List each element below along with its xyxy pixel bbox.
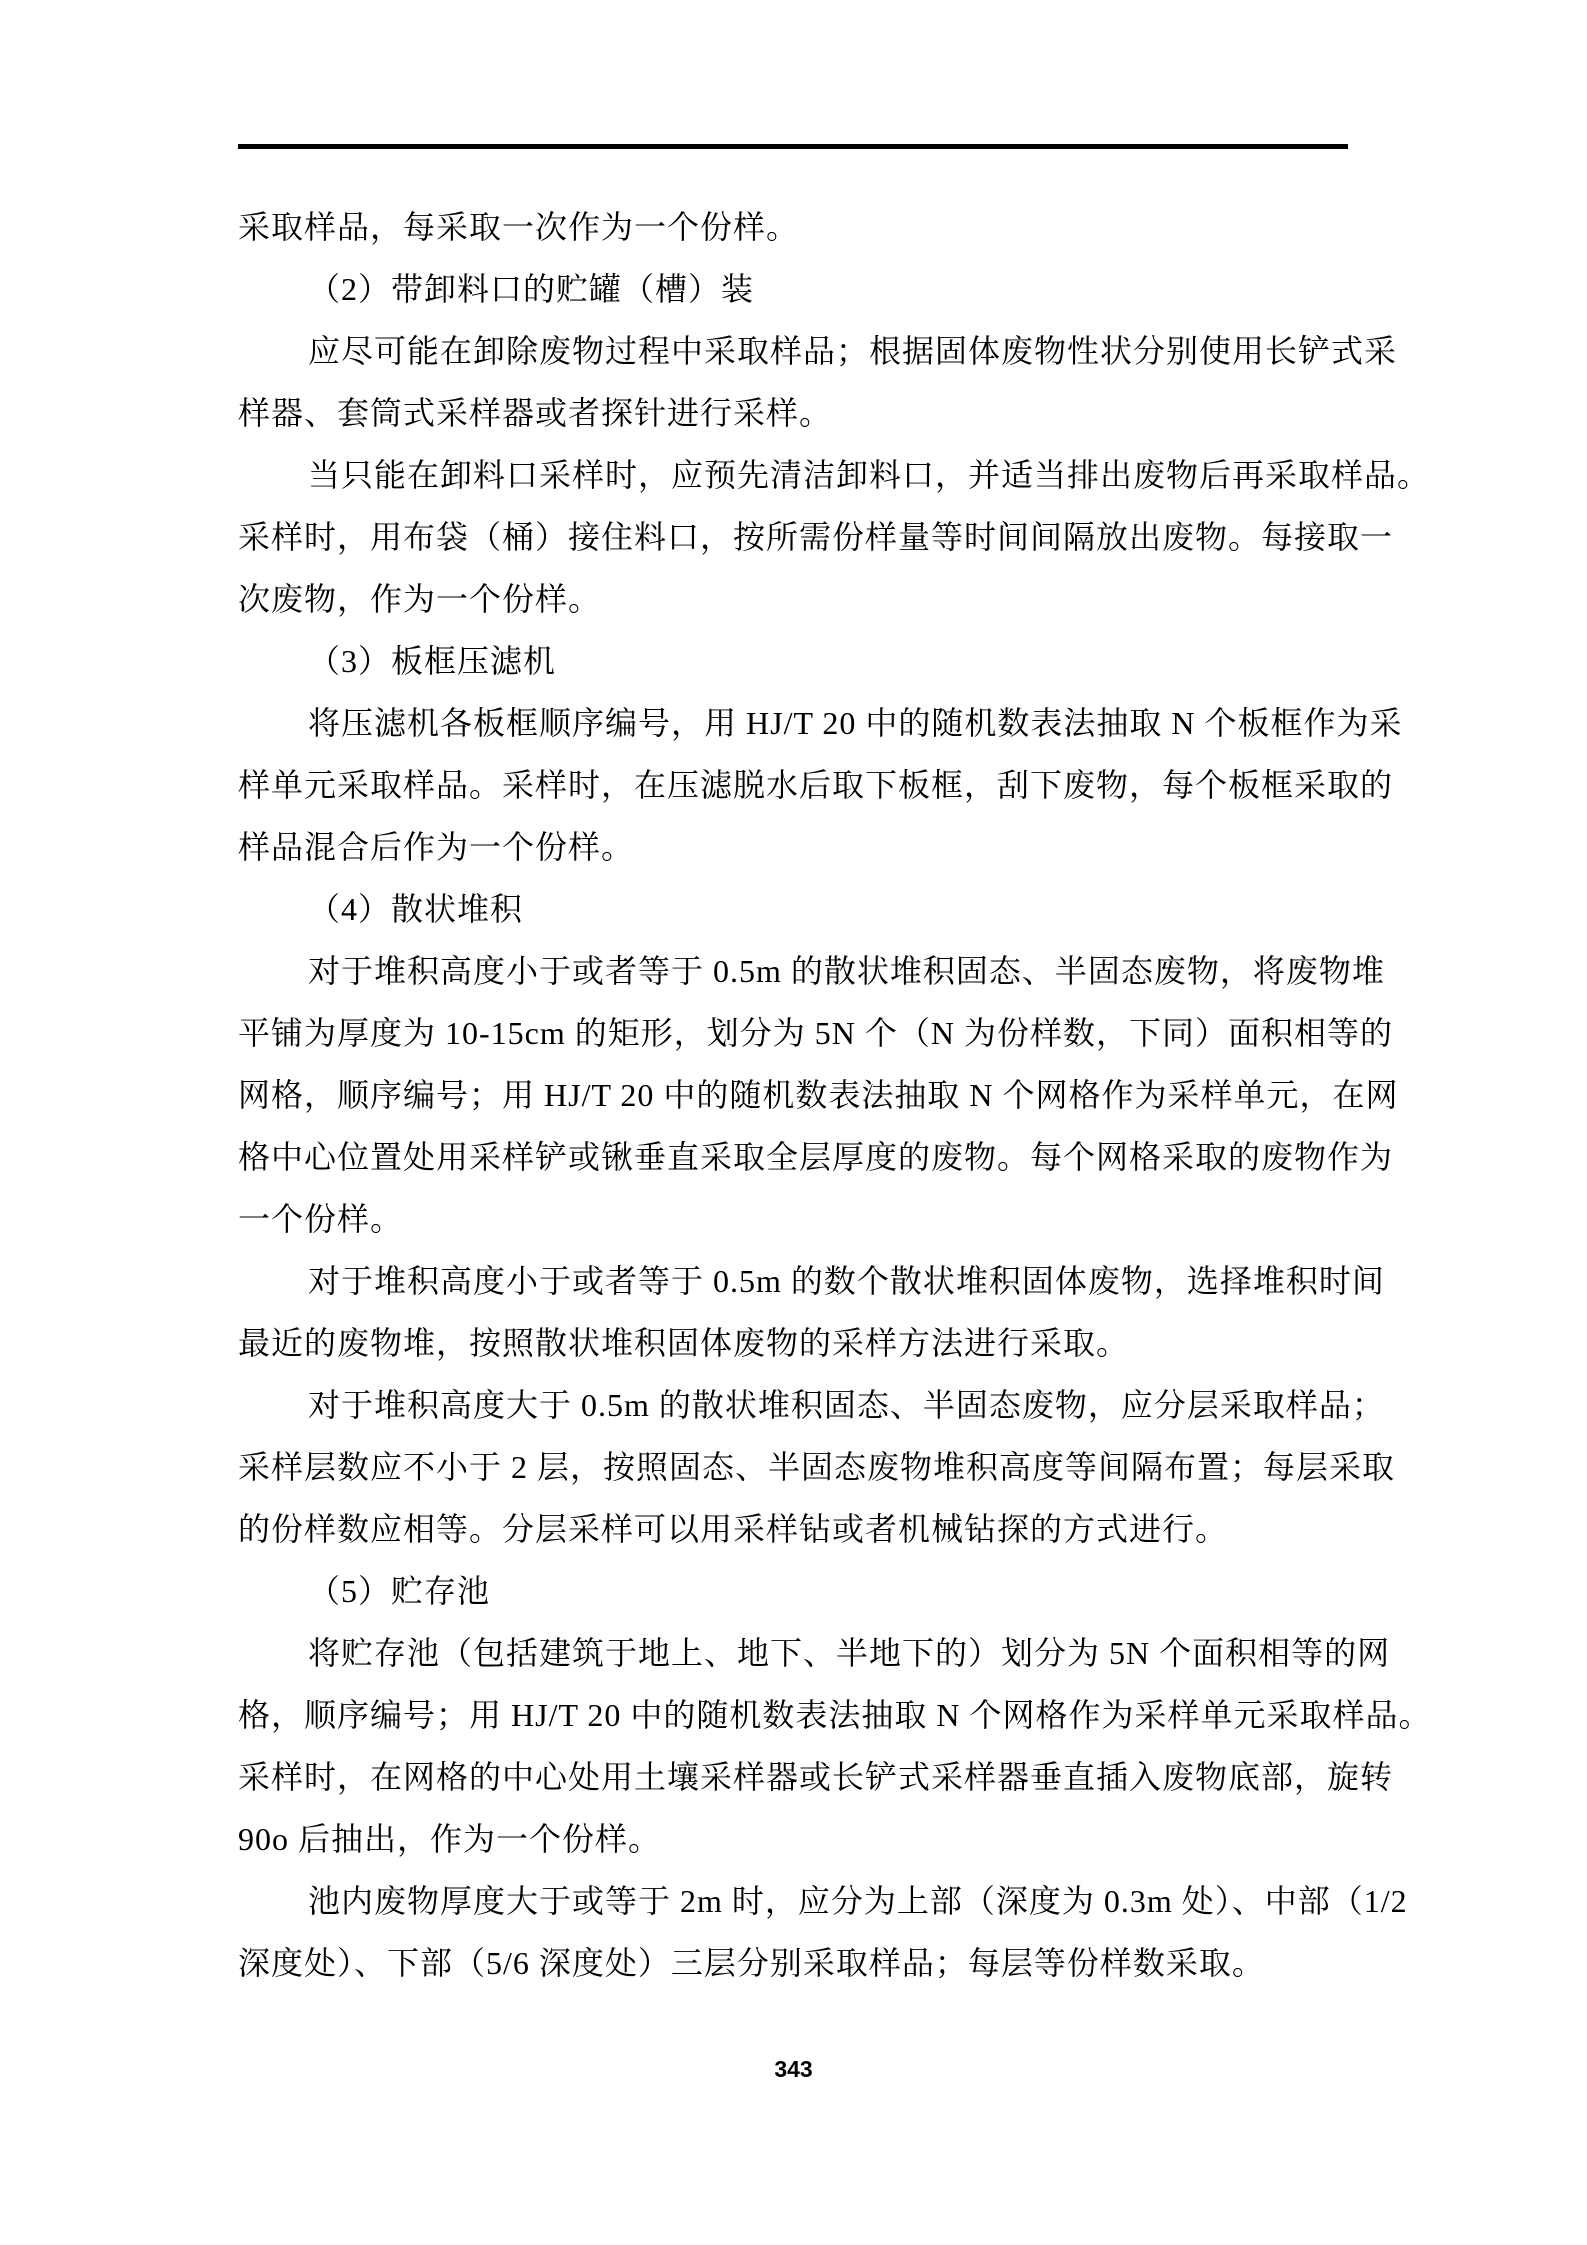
text-line: 次废物，作为一个份样。 (238, 568, 1348, 630)
text-line: 样单元采取样品。采样时，在压滤脱水后取下板框，刮下废物，每个板框采取的 (238, 754, 1348, 816)
text-line: 平铺为厚度为 10-15cm 的矩形，划分为 5N 个（N 为份样数，下同）面积… (238, 1002, 1348, 1064)
text-line: 池内废物厚度大于或等于 2m 时，应分为上部（深度为 0.3m 处）、中部（1/… (238, 1870, 1348, 1932)
text-line: 样品混合后作为一个份样。 (238, 816, 1348, 878)
text-line: 格中心位置处用采样铲或锹垂直采取全层厚度的废物。每个网格采取的废物作为 (238, 1126, 1348, 1188)
text-line: 一个份样。 (238, 1188, 1348, 1250)
text-line: 格，顺序编号；用 HJ/T 20 中的随机数表法抽取 N 个网格作为采样单元采取… (238, 1684, 1348, 1746)
text-line: 的份样数应相等。分层采样可以用采样钻或者机械钻探的方式进行。 (238, 1498, 1348, 1560)
text-line: 对于堆积高度大于 0.5m 的散状堆积固态、半固态废物，应分层采取样品； (238, 1374, 1348, 1436)
text-line: （5）贮存池 (238, 1560, 1348, 1622)
text-line: 最近的废物堆，按照散状堆积固体废物的采样方法进行采取。 (238, 1312, 1348, 1374)
text-line: 当只能在卸料口采样时，应预先清洁卸料口，并适当排出废物后再采取样品。 (238, 444, 1348, 506)
text-line: 深度处）、下部（5/6 深度处）三层分别采取样品；每层等份样数采取。 (238, 1932, 1348, 1994)
text-line: 90o 后抽出，作为一个份样。 (238, 1808, 1348, 1870)
document-body: 采取样品，每采取一次作为一个份样。（2）带卸料口的贮罐（槽）装应尽可能在卸除废物… (238, 196, 1348, 1994)
text-line: （4）散状堆积 (238, 878, 1348, 940)
text-line: 对于堆积高度小于或者等于 0.5m 的散状堆积固态、半固态废物，将废物堆 (238, 940, 1348, 1002)
text-line: 将贮存池（包括建筑于地上、地下、半地下的）划分为 5N 个面积相等的网 (238, 1622, 1348, 1684)
text-line: 应尽可能在卸除废物过程中采取样品；根据固体废物性状分别使用长铲式采 (238, 320, 1348, 382)
text-line: （3）板框压滤机 (238, 630, 1348, 692)
text-line: 将压滤机各板框顺序编号，用 HJ/T 20 中的随机数表法抽取 N 个板框作为采 (238, 692, 1348, 754)
text-line: 采取样品，每采取一次作为一个份样。 (238, 196, 1348, 258)
text-line: 采样层数应不小于 2 层，按照固态、半固态废物堆积高度等间隔布置；每层采取 (238, 1436, 1348, 1498)
text-line: 网格，顺序编号；用 HJ/T 20 中的随机数表法抽取 N 个网格作为采样单元，… (238, 1064, 1348, 1126)
header-rule (238, 144, 1348, 149)
text-line: 样器、套筒式采样器或者探针进行采样。 (238, 382, 1348, 444)
text-line: 采样时，用布袋（桶）接住料口，按所需份样量等时间间隔放出废物。每接取一 (238, 506, 1348, 568)
text-line: 采样时，在网格的中心处用土壤采样器或长铲式采样器垂直插入废物底部，旋转 (238, 1746, 1348, 1808)
text-line: （2）带卸料口的贮罐（槽）装 (238, 258, 1348, 320)
document-page: 采取样品，每采取一次作为一个份样。（2）带卸料口的贮罐（槽）装应尽可能在卸除废物… (0, 0, 1587, 2245)
page-number: 343 (0, 2052, 1587, 2086)
text-line: 对于堆积高度小于或者等于 0.5m 的数个散状堆积固体废物，选择堆积时间 (238, 1250, 1348, 1312)
